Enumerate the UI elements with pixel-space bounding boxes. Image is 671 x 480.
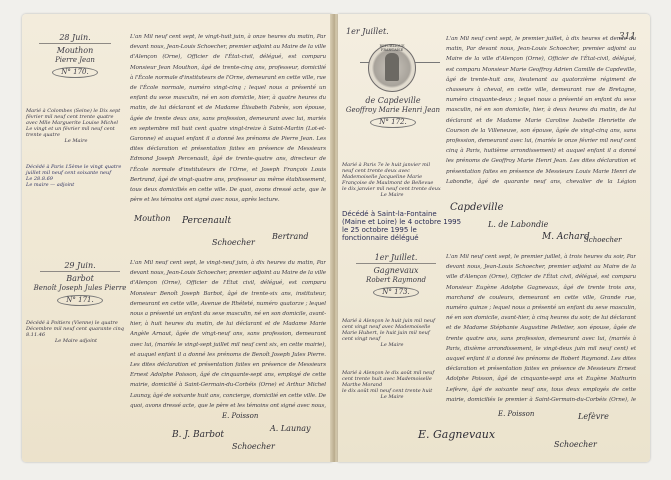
note-line: Le maire — adjoint (26, 182, 126, 188)
divider (39, 43, 111, 44)
signature: B. J. Barbot (172, 430, 224, 440)
signature: M. Achard (542, 232, 590, 242)
act-number: N° 173. (373, 287, 418, 298)
signature: E. Gagnevaux (418, 428, 495, 441)
entry-surname: de Capdeville (342, 96, 444, 106)
entry-surname: Gagnevaux (346, 266, 446, 276)
signature: Percenault (182, 216, 231, 226)
entry-surname: Barbot (30, 274, 130, 284)
annotation-line: le 25 octobre 1995 le fonctionnaire délé… (342, 226, 462, 242)
note-line: Marié à Alençon le dix août mil neuf cen… (342, 370, 442, 388)
signature: E. Poisson (498, 410, 534, 418)
margin-entry-173: 1er Juillet. Gagnevaux Robert Raymond N°… (346, 254, 446, 298)
margin-entry-170: 28 Juin. Mouthon Pierre Jean N° 170. (30, 34, 120, 78)
act-number: N° 171. (57, 295, 102, 306)
note-signature-label: Le Maire (342, 342, 442, 348)
seal-icon: REPUBLIQUE FRANCAISE (368, 44, 416, 92)
margin-entry-171: 29 Juin. Barbot Benoît Joseph Jules Pier… (30, 262, 130, 306)
signature: Lefèvre (578, 412, 609, 421)
note-line: Décédé à Paris 15ème le vingt quatre jui… (26, 164, 126, 176)
margin-entry-172-name: de Capdeville Geoffroy Marie Henri Jean … (342, 96, 444, 128)
divider (356, 263, 436, 264)
seal-text: REPUBLIQUE FRANCAISE (369, 44, 415, 52)
signature: E. Poisson (222, 412, 258, 420)
act-number: N° 172. (370, 117, 415, 128)
signature: Capdeville (450, 202, 504, 213)
note-line: Marié à Alençon le huit juin mil neuf ce… (342, 318, 442, 342)
signature: A. Launay (270, 424, 311, 433)
right-page: 311 1er Juillet. REPUBLIQUE FRANCAISE de… (338, 14, 650, 462)
note-line: Le vingt et un février mil neuf cent tre… (26, 126, 126, 138)
signature: Mouthon (134, 214, 171, 223)
entry-date: 29 Juin. (30, 262, 130, 269)
signature: Bertrand (272, 232, 309, 241)
signature: Schoecher (554, 440, 597, 449)
signature: L. de Labondie (488, 220, 548, 229)
seal-figure (385, 53, 399, 81)
register-spread: 28 Juin. Mouthon Pierre Jean N° 170. Mar… (22, 14, 650, 462)
note-signature-label: Le Maire adjoint (26, 338, 126, 344)
entry-given-names: Pierre Jean (30, 56, 120, 65)
signature: Schoecher (584, 236, 622, 244)
margin-note-death: Décédé à Paris 15ème le vingt quatre jui… (26, 164, 126, 188)
act-number: N° 170. (52, 67, 97, 78)
entry-surname: Mouthon (30, 46, 120, 56)
entry-given-names: Benoît Joseph Jules Pierre (30, 284, 130, 293)
annotation-line: Décédé à Saint-la-Fontaine (Maine et Loi… (342, 210, 462, 226)
note-line: Marié à Colombes (Seine) le Dix sept fév… (26, 108, 126, 126)
margin-note-marriage-173b: Marié à Alençon le dix août mil neuf cen… (342, 370, 442, 400)
margin-entry-172: 1er Juillet. (346, 28, 446, 35)
entry-given-names: Geoffroy Marie Henri Jean (342, 106, 444, 115)
margin-note-death-171: Décédé à Poitiers (Vienne) le quatre Déc… (26, 320, 126, 344)
entry-date: 1er Juillet. (346, 28, 446, 35)
act-body-173: L'an Mil neuf cent sept, le premier juil… (446, 252, 636, 402)
divider (40, 271, 120, 272)
signature: Schoecher (232, 442, 275, 451)
annotation-death-172: Décédé à Saint-la-Fontaine (Maine et Loi… (342, 210, 462, 242)
act-body-170: L'an Mil neuf cent sept, le vingt-huit j… (130, 32, 326, 210)
margin-note-marriage: Marié à Colombes (Seine) le Dix sept fév… (26, 108, 126, 144)
entry-date: 28 Juin. (30, 34, 120, 41)
note-line: Marié à Paris 7e le huit janvier mil neu… (342, 162, 442, 186)
entry-date: 1er Juillet. (346, 254, 446, 261)
note-signature-label: Le Maire (342, 394, 442, 400)
entry-given-names: Robert Raymond (346, 276, 446, 285)
note-signature-label: Le Maire (26, 138, 126, 144)
act-body-171: L'an Mil neuf cent sept, le vingt-neuf j… (130, 258, 326, 408)
signature: Schoecher (212, 238, 255, 247)
left-page: 28 Juin. Mouthon Pierre Jean N° 170. Mar… (22, 14, 332, 462)
note-line: Décédé à Poitiers (Vienne) le quatre Déc… (26, 320, 126, 332)
margin-note-marriage-172: Marié à Paris 7e le huit janvier mil neu… (342, 162, 442, 198)
note-signature-label: Le Maire (342, 192, 442, 198)
margin-note-marriage-173: Marié à Alençon le huit juin mil neuf ce… (342, 318, 442, 348)
act-body-172: L'an Mil neuf cent sept, le premier juil… (446, 34, 636, 184)
